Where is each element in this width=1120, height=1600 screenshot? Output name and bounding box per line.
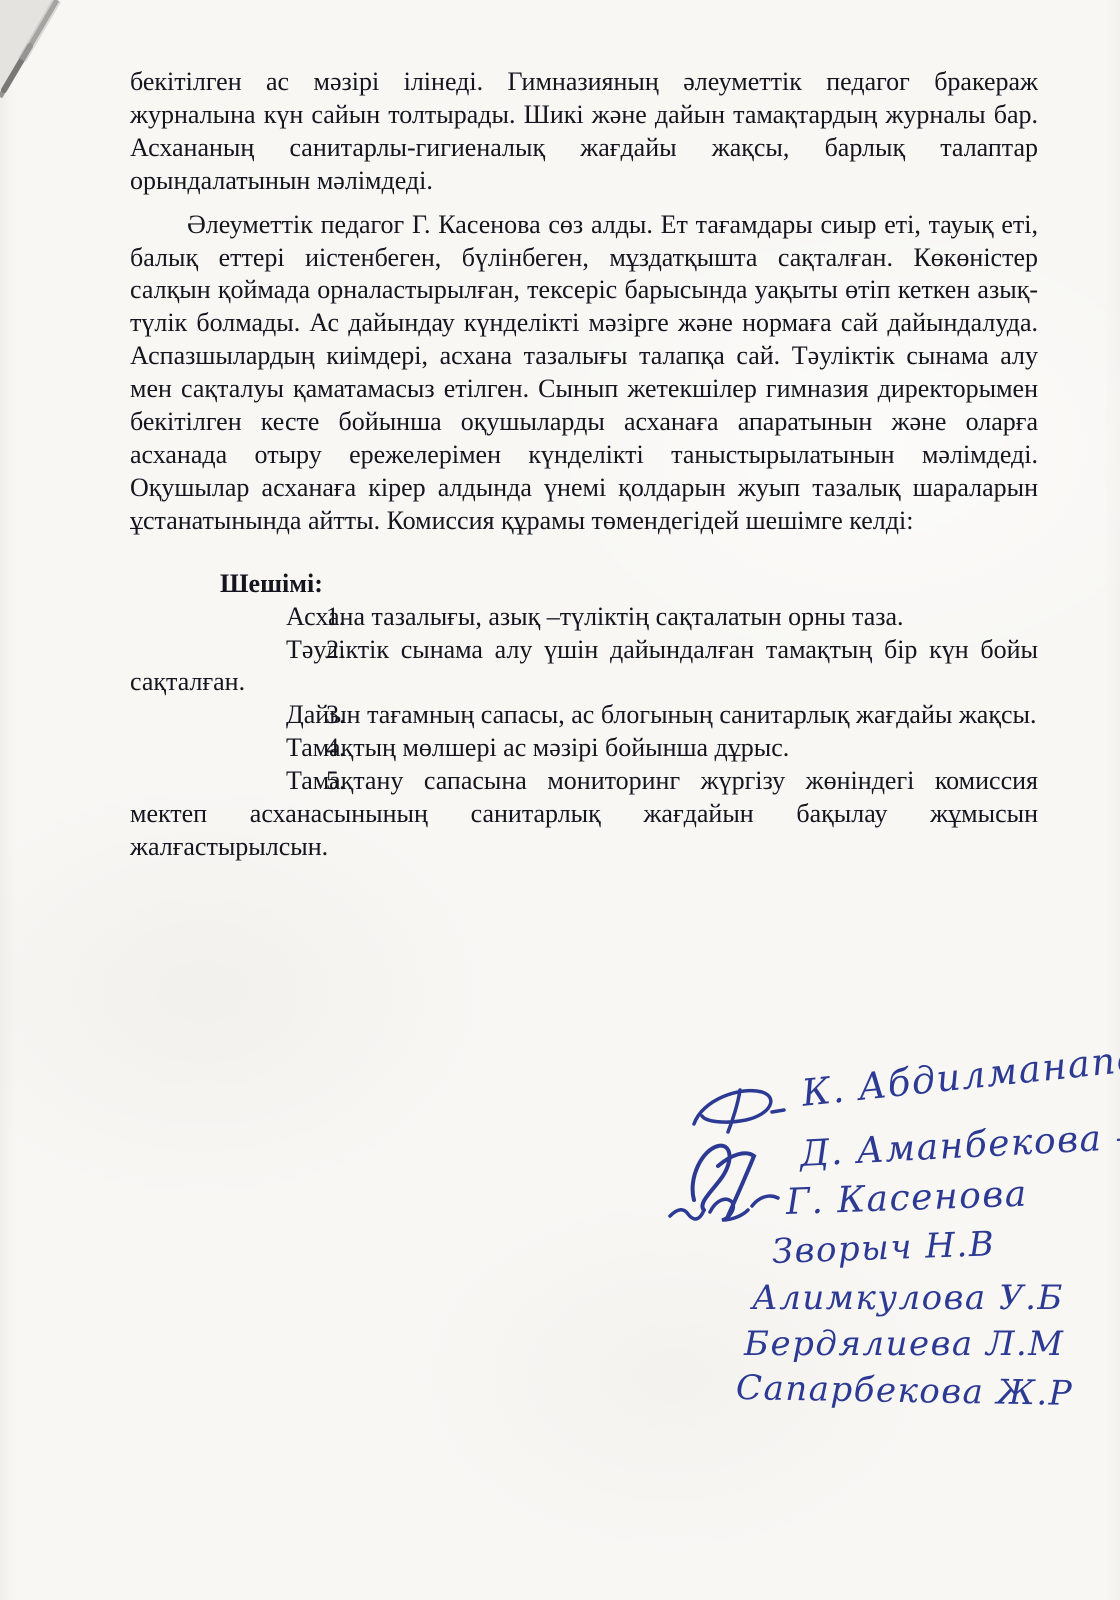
- signature-name: К. Абдилманапова: [800, 1032, 1120, 1115]
- decision-item-number: 5.: [228, 765, 286, 798]
- decision-item-number: 4.: [228, 732, 286, 765]
- decision-item-text: Асхана тазалығы, азық –түліктің сақталат…: [286, 602, 904, 631]
- decision-item-number: 1.: [228, 601, 286, 634]
- decision-item-3: 3.Дайын тағамның сапасы, ас блогының сан…: [130, 699, 1038, 732]
- scanned-document-page: бекітілген ас мәзірі ілінеді. Гимназияны…: [0, 0, 1120, 1600]
- decision-item-2: 2.Тәуліктік сынама алу үшін дайындалған …: [130, 634, 1038, 700]
- decision-item-5: 5.Тамақтану сапасына мониторинг жүргізу …: [130, 765, 1038, 864]
- document-body: бекітілген ас мәзірі ілінеді. Гимназияны…: [130, 66, 1038, 864]
- signature-name: Сапарбекова Ж.Р: [736, 1368, 1074, 1414]
- decision-item-4: 4.Тамақтың мөлшері ас мәзірі бойынша дұр…: [130, 732, 1038, 765]
- decision-item-number: 2.: [228, 634, 286, 667]
- signature-name: Зворыч Н.В: [771, 1224, 996, 1272]
- decision-item-number: 3.: [228, 699, 286, 732]
- signature-paraph-oval-icon: [688, 1082, 788, 1144]
- paragraph-continuation: бекітілген ас мәзірі ілінеді. Гимназияны…: [130, 66, 1038, 198]
- signature-name: Бердялиева Л.М: [744, 1324, 1064, 1364]
- decision-item-1: 1.Асхана тазалығы, азық –түліктің сақтал…: [130, 601, 1038, 634]
- decision-item-text: Дайын тағамның сапасы, ас блогының санит…: [286, 700, 1036, 729]
- paragraph-speech: Әлеуметтік педагог Г. Касенова сөз алды.…: [130, 209, 1038, 538]
- decision-item-text: Тамақтың мөлшері ас мәзірі бойынша дұрыс…: [286, 733, 789, 762]
- signature-name: Алимкулова У.Б: [752, 1278, 1064, 1318]
- decision-heading: Шешімі:: [130, 568, 1038, 601]
- signature-name: Г. Касенова: [785, 1174, 1028, 1223]
- page-corner-fold: [0, 0, 110, 130]
- signature-paraph-script-icon: [666, 1186, 784, 1232]
- signature-name: Д. Аманбекова —: [799, 1116, 1120, 1175]
